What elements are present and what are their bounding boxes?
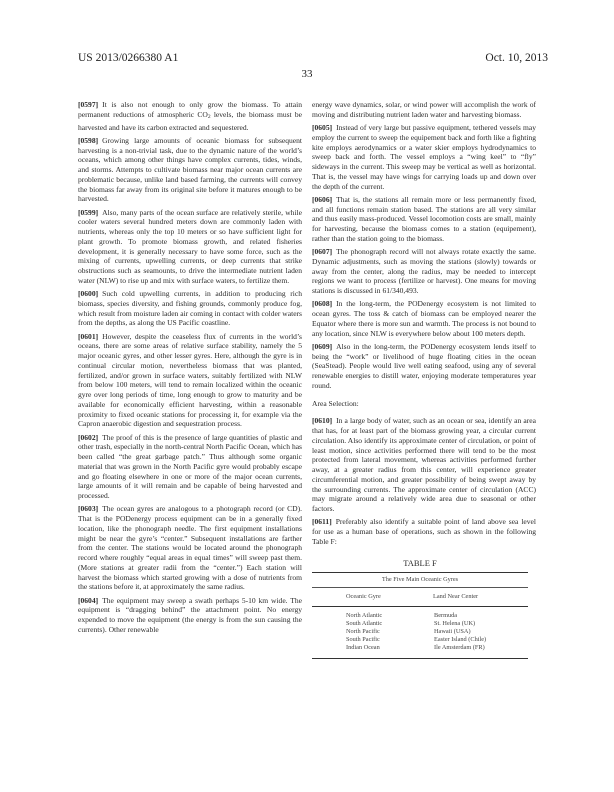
table-caption-row: The Five Main Oceanic Gyres bbox=[312, 573, 528, 588]
table-row: Indian Ocean Ile Amsterdam (FR) bbox=[312, 644, 528, 658]
paragraph-0599: [0599]Also, many parts of the ocean surf… bbox=[78, 208, 302, 286]
paragraph-number: [0605] bbox=[312, 123, 332, 132]
paragraph-number: [0606] bbox=[312, 195, 332, 204]
paragraph-number: [0598] bbox=[78, 136, 98, 145]
table-cell: South Pacific bbox=[312, 636, 433, 644]
paragraph-0611: [0611]Preferably also identify a suitabl… bbox=[312, 517, 536, 546]
paragraph-number: [0602] bbox=[78, 433, 98, 442]
paragraph-0601: [0601]However, despite the ceaseless flu… bbox=[78, 332, 302, 430]
column-header: Oceanic Gyre bbox=[312, 588, 433, 606]
paragraph-number: [0608] bbox=[312, 299, 332, 308]
paragraph-0598: [0598]Growing large amounts of oceanic b… bbox=[78, 136, 302, 204]
right-column: energy wave dynamics, solar, or wind pow… bbox=[312, 100, 536, 659]
paragraph-number: [0609] bbox=[312, 342, 332, 351]
table-cell: Indian Ocean bbox=[312, 644, 433, 658]
table-header-row: Oceanic Gyre Land Near Center bbox=[312, 588, 528, 606]
table-cell: St. Helena (UK) bbox=[433, 620, 528, 628]
paragraph-0609: [0609]Also in the long-term, the PODener… bbox=[312, 342, 536, 391]
table-row: North Atlantic Bermuda bbox=[312, 606, 528, 620]
table-row: South Atlantic St. Helena (UK) bbox=[312, 620, 528, 628]
paragraph-number: [0603] bbox=[78, 504, 98, 513]
paragraph-0605: [0605]Instead of very large but passive … bbox=[312, 123, 536, 191]
section-heading: Area Selection: bbox=[312, 399, 536, 409]
column-header: Land Near Center bbox=[433, 588, 528, 606]
paragraph-number: [0607] bbox=[312, 247, 332, 256]
table-row: South Pacific Easter Island (Chile) bbox=[312, 636, 528, 644]
paragraph-0604: [0604]The equipment may sweep a swath pe… bbox=[78, 596, 302, 635]
paragraph-number: [0601] bbox=[78, 332, 98, 341]
paragraph-number: [0597] bbox=[78, 100, 98, 109]
table-f: TABLE F The Five Main Oceanic Gyres Ocea… bbox=[312, 559, 528, 659]
paragraph-0603: [0603]The ocean gyres are analogous to a… bbox=[78, 504, 302, 592]
paragraph-0602: [0602]The proof of this is the presence … bbox=[78, 433, 302, 501]
paragraph-0607: [0607]The phonograph record will not alw… bbox=[312, 247, 536, 296]
page-number: 33 bbox=[0, 68, 614, 80]
paragraph-continuation: energy wave dynamics, solar, or wind pow… bbox=[312, 100, 536, 120]
table-cell: South Atlantic bbox=[312, 620, 433, 628]
paragraph-0608: [0608]In the long-term, the PODenergy ec… bbox=[312, 299, 536, 338]
table-cell: Bermuda bbox=[433, 606, 528, 620]
paragraph-0597: [0597]It is also not enough to only grow… bbox=[78, 100, 302, 132]
paragraph-number: [0610] bbox=[312, 416, 332, 425]
table-cell: North Atlantic bbox=[312, 606, 433, 620]
table-cell: Easter Island (Chile) bbox=[433, 636, 528, 644]
table-row: North Pacific Hawaii (USA) bbox=[312, 628, 528, 636]
paragraph-number: [0604] bbox=[78, 596, 98, 605]
paragraph-number: [0599] bbox=[78, 208, 98, 217]
table-cell: North Pacific bbox=[312, 628, 433, 636]
paragraph-0606: [0606]That is, the stations all remain m… bbox=[312, 195, 536, 244]
paragraph-number: [0600] bbox=[78, 289, 98, 298]
paragraph-0600: [0600]Such cold upwelling currents, in a… bbox=[78, 289, 302, 328]
publication-date: Oct. 10, 2013 bbox=[485, 52, 548, 64]
table-title: TABLE F bbox=[312, 559, 528, 569]
table-caption: The Five Main Oceanic Gyres bbox=[312, 573, 528, 588]
table-cell: Hawaii (USA) bbox=[433, 628, 528, 636]
left-column: [0597]It is also not enough to only grow… bbox=[78, 100, 302, 638]
table-cell: Ile Amsterdam (FR) bbox=[433, 644, 528, 658]
paragraph-number: [0611] bbox=[312, 517, 332, 526]
paragraph-0610: [0610]In a large body of water, such as … bbox=[312, 416, 536, 514]
publication-number: US 2013/0266380 A1 bbox=[78, 52, 178, 64]
gyre-table: The Five Main Oceanic Gyres Oceanic Gyre… bbox=[312, 572, 528, 658]
